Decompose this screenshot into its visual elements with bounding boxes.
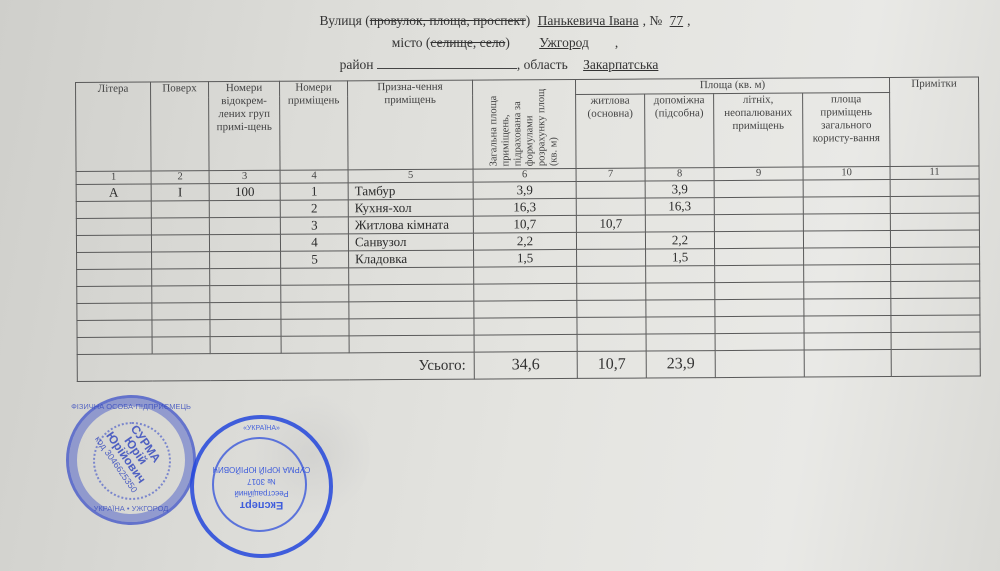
city-label: місто ( (392, 35, 431, 50)
totals-auxiliary-area: 23,9 (646, 351, 715, 378)
cell-common (803, 214, 890, 232)
cell-summer (714, 180, 803, 198)
region-value: Закарпатська (571, 57, 670, 72)
cell-summer (715, 333, 804, 351)
cell-total (474, 266, 577, 284)
cell-purpose: Житлова кімната (348, 216, 473, 234)
cell-group (210, 285, 281, 302)
cell-room: 5 (281, 251, 349, 268)
street-paren: ) (526, 13, 531, 28)
cell-auxiliary: 1,5 (646, 249, 715, 266)
cell-floor (152, 269, 210, 286)
cell-room: 3 (280, 217, 348, 234)
cell-notes (890, 213, 979, 231)
cell-total (474, 300, 577, 318)
number-label: , № (643, 13, 663, 28)
cell-notes (890, 179, 979, 197)
cell-living (577, 317, 646, 334)
street-line: Вулиця (провулок, площа, проспект) Паньк… (280, 10, 730, 32)
cell-purpose (349, 284, 474, 302)
cell-summer (715, 299, 804, 317)
room-rows: АI1001Тамбур3,93,92Кухня-хол16,316,33Жит… (76, 179, 980, 355)
cell-group (209, 217, 280, 234)
cell-letter (76, 235, 151, 252)
header-room-numbers: Номери приміщень (279, 81, 348, 170)
cell-room (281, 268, 349, 285)
cell-floor (152, 320, 210, 337)
header-summer: літніх, неопалюваних приміщень (714, 93, 803, 167)
cell-group (210, 319, 281, 336)
cell-floor (151, 201, 209, 218)
city-line: місто (селище, село) Ужгород, (280, 32, 730, 54)
cell-letter (77, 320, 152, 337)
totals-row: Усього: 34,6 10,7 23,9 (77, 349, 980, 382)
header-group-numbers: Номери відокрем-лених груп примі-щень (209, 81, 281, 170)
cell-room: 1 (280, 183, 348, 200)
column-index: 10 (803, 167, 890, 181)
cell-group (210, 302, 281, 319)
cell-letter (77, 252, 152, 269)
cell-total (474, 317, 577, 335)
cell-summer (714, 231, 803, 249)
stamp-name: СУРМА ЮРІЙ ЮРІЙОВИЧ (194, 463, 329, 475)
cell-auxiliary: 3,9 (645, 181, 714, 198)
cell-group (209, 200, 280, 217)
cell-floor (152, 337, 210, 354)
cell-letter (76, 218, 151, 235)
cell-group (209, 234, 280, 251)
column-index: 9 (714, 167, 803, 181)
cell-common (803, 197, 890, 215)
column-index: 6 (473, 168, 576, 182)
cell-letter: А (76, 184, 151, 201)
header-letter: Літера (76, 82, 152, 171)
street-struck-options: провулок, площа, проспект (370, 13, 526, 28)
cell-living: 10,7 (576, 215, 645, 232)
column-index: 1 (76, 171, 151, 184)
cell-total: 2,2 (473, 232, 576, 250)
column-index: 3 (209, 170, 280, 183)
cell-living (577, 283, 646, 300)
stamp-title: Експерт (194, 499, 329, 511)
column-index: 7 (576, 168, 645, 181)
cell-total: 3,9 (473, 181, 576, 199)
city-struck-options: селище, село (430, 35, 505, 50)
stamp-reg-number: № 3017 (194, 475, 329, 487)
cell-letter (77, 303, 152, 320)
district-value (377, 54, 517, 69)
cell-summer (715, 282, 804, 300)
house-number-value: 77 (666, 13, 688, 28)
entrepreneur-stamp: ФІЗИЧНА ОСОБА-ПІДПРИЄМЕЦЬ УКРАЇНА • УЖГО… (66, 395, 196, 525)
cell-letter (77, 286, 152, 303)
cell-letter (77, 269, 152, 286)
header-auxiliary: допоміжна (підсобна) (645, 94, 714, 168)
street-label: Вулиця ( (319, 13, 369, 28)
cell-living (577, 334, 646, 351)
totals-living-area: 10,7 (577, 351, 646, 378)
stamp-center: Експерт Реєстраційний № 3017 СУРМА ЮРІЙ … (194, 463, 329, 511)
cell-floor: I (151, 184, 209, 201)
cell-purpose (349, 267, 474, 285)
cell-notes (890, 230, 979, 248)
stamp-ring-text: «УКРАЇНА» (194, 425, 329, 432)
stamp-reg-label: Реєстраційний (194, 487, 329, 499)
cell-auxiliary (646, 334, 715, 351)
cell-floor (151, 218, 209, 235)
stamp-ring-bottom-text: УКРАЇНА • УЖГОРОД (69, 504, 193, 513)
cell-common (803, 231, 890, 249)
header-common: площа приміщень загального користу-вання (803, 93, 890, 167)
cell-room (281, 319, 349, 336)
cell-purpose: Кухня-хол (348, 199, 473, 217)
cell-auxiliary: 2,2 (645, 232, 714, 249)
cell-auxiliary: 16,3 (645, 198, 714, 215)
cell-summer (714, 197, 803, 215)
cell-letter (76, 201, 151, 218)
cell-auxiliary (646, 317, 715, 334)
cell-notes (891, 298, 980, 316)
region-label: , область (517, 57, 568, 72)
cell-total (474, 334, 577, 352)
city-value: Ужгород (513, 35, 615, 50)
cell-total (474, 283, 577, 301)
cell-total: 10,7 (473, 215, 576, 233)
cell-room: 2 (280, 200, 348, 217)
header-notes: Примітки (889, 77, 979, 167)
header-living: житлова (основна) (576, 94, 645, 168)
column-index: 2 (151, 171, 209, 184)
column-index: 5 (348, 169, 473, 183)
cell-notes (891, 315, 980, 333)
cell-notes (890, 196, 979, 214)
cell-living (577, 300, 646, 317)
cell-common (804, 299, 891, 317)
cell-room (281, 285, 349, 302)
cell-floor (152, 286, 210, 303)
cell-notes (891, 332, 980, 350)
cell-floor (151, 235, 209, 252)
column-index: 11 (890, 166, 979, 180)
cell-purpose: Санвузол (348, 233, 473, 251)
expert-stamp: «УКРАЇНА» Експерт Реєстраційний № 3017 С… (190, 415, 333, 558)
totals-label: Усього: (77, 352, 474, 381)
cell-common (804, 248, 891, 266)
totals-summer-area (715, 350, 804, 378)
cell-summer (715, 316, 804, 334)
cell-room (281, 336, 349, 353)
totals-total-area: 34,6 (474, 351, 577, 379)
cell-living (576, 181, 645, 198)
cell-common (803, 180, 890, 198)
cell-purpose (349, 318, 474, 336)
cell-group: 100 (209, 183, 280, 200)
cell-living (577, 266, 646, 283)
cell-notes (891, 247, 980, 265)
cell-group (210, 268, 281, 285)
cell-summer (715, 248, 804, 266)
cell-purpose: Кладовка (349, 250, 474, 268)
header-total-area-text: Загальна площа приміщень, підрахована за… (488, 82, 561, 166)
totals-notes (891, 349, 980, 377)
cell-common (804, 282, 891, 300)
cell-letter (77, 337, 152, 354)
cell-notes (891, 264, 980, 282)
cell-common (804, 333, 891, 351)
cell-floor (152, 303, 210, 320)
cell-summer (715, 265, 804, 283)
cell-total: 16,3 (473, 198, 576, 216)
street-value: Панькевича Івана (534, 13, 643, 28)
cell-auxiliary (645, 215, 714, 232)
district-line: район , область Закарпатська (280, 54, 730, 76)
cell-notes (891, 281, 980, 299)
city-paren: ) (505, 35, 510, 50)
district-label: район (340, 57, 374, 72)
cell-purpose: Тамбур (348, 182, 473, 200)
cell-group (210, 336, 281, 353)
cell-total: 1,5 (474, 249, 577, 267)
cell-room: 4 (280, 234, 348, 251)
cell-room (281, 302, 349, 319)
cell-auxiliary (646, 300, 715, 317)
cell-group (210, 251, 281, 268)
header-floor: Поверх (151, 82, 210, 171)
cell-living (577, 249, 646, 266)
cell-purpose (349, 335, 474, 353)
address-block: Вулиця (провулок, площа, проспект) Паньк… (280, 10, 730, 76)
cell-living (576, 198, 645, 215)
column-index: 4 (280, 170, 348, 183)
cell-living (576, 232, 645, 249)
header-purpose: Призна-чення приміщень (347, 80, 473, 170)
cell-auxiliary (646, 266, 715, 283)
totals-common-area (804, 350, 891, 378)
cell-purpose (349, 301, 474, 319)
cell-summer (714, 214, 803, 232)
cell-auxiliary (646, 283, 715, 300)
header-total-area: Загальна площа приміщень, підрахована за… (472, 79, 576, 169)
cell-common (804, 265, 891, 283)
cell-common (804, 316, 891, 334)
column-index: 8 (645, 168, 714, 181)
cell-floor (152, 252, 210, 269)
floor-plan-explication-table: Літера Поверх Номери відокрем-лених груп… (75, 76, 981, 382)
